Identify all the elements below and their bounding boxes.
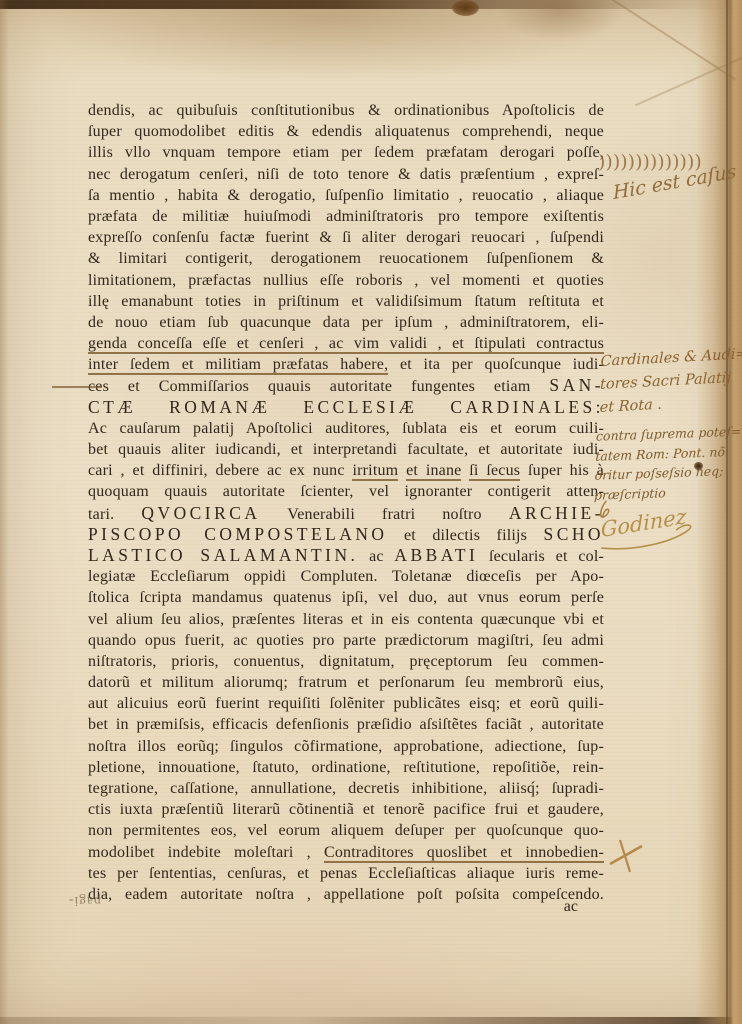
text-segment: bet in præmiſsis, efficacis defenſionis … [88, 716, 604, 733]
line-end-scallop-marks: )))))))))))))) [598, 151, 612, 175]
text-segment: Venerabili fratri noſtro [260, 506, 508, 523]
text-line: tegratione, caſſatione, annullatione, de… [88, 778, 604, 799]
text-line: LASTICO SALAMANTIN. ac ABBATI ſecularis … [88, 545, 604, 566]
text-segment: & limitari contigerit, derogationem reuo… [88, 250, 604, 267]
text-line: PISCOPO COMPOSTELANO et dilectis filijs … [88, 524, 604, 545]
text-line: præfata de militiæ huiuſmodi adminiſtrat… [88, 206, 604, 227]
text-line: de nouo etiam ſub quacunque data per ipſ… [88, 312, 604, 333]
text-segment: aut alicuius eorũ fuerint requiſiti ſolẽ… [88, 695, 604, 712]
text-line: ſuper quomodolibet editis & edendis aliq… [88, 121, 604, 142]
text-line: illę emanabunt toties in priſtinum et va… [88, 291, 604, 312]
text-line: ces et Commiſſarios quauis autoritate fu… [88, 375, 604, 396]
text-line: quando opus fuerit, ac quoties pro parte… [88, 630, 604, 651]
text-line: vel alium ſeu alios, præſentes literas e… [88, 609, 604, 630]
text-line: legiatæ Eccleſiarum oppidi Compluten. To… [88, 566, 604, 587]
text-segment: vel alium ſeu alios, præſentes literas e… [88, 611, 604, 628]
text-line: tes per ſententias, cenſuras, et penas E… [88, 863, 604, 884]
underlined-text: irritum [352, 462, 398, 481]
margin-note-cardinales: Cardinales & Audi= tores Sacri Palatij e… [599, 343, 742, 420]
text-segment [398, 462, 406, 479]
text-segment: illę emanabunt toties in priſtinum et va… [88, 293, 604, 310]
text-line: Ac cauſarum palatij Apoſtolici auditores… [88, 418, 604, 439]
underlined-text: et inane [406, 462, 461, 481]
text-segment: non permitentes eos, vel eorum aliquem d… [88, 822, 604, 839]
text-segment: nec derogatum cenſeri, niſi de toto teno… [88, 166, 604, 183]
text-line: niſtratoris, prioris, conuentus, dignita… [88, 651, 604, 672]
text-line: expreſſo conſenſu factæ fuerint & ſi ali… [88, 227, 604, 248]
text-segment: dendis, ac quibuſuis conſtitutionibus & … [88, 102, 604, 119]
ink-blot [694, 462, 703, 470]
page-top-edge [0, 0, 742, 9]
margin-cross-mark [606, 836, 646, 876]
text-segment: datorũ et militum aliorumq; fratrum et p… [88, 674, 604, 691]
text-segment: tegratione, caſſatione, annullatione, de… [88, 780, 604, 797]
underlined-text: genda conceſſa eſſe et cenſeri , ac vim … [88, 335, 604, 354]
text-line: limitationem, præfactas nullius eſſe rob… [88, 270, 604, 291]
text-segment: ARCHIE- [509, 503, 604, 523]
text-segment: ſtolica ſcripta mandamus quatenus ipſi, … [88, 589, 604, 606]
text-segment: LASTICO SALAMANTIN. [88, 545, 358, 565]
text-segment: QVOCIRCA [141, 503, 260, 523]
text-segment: quando opus fuerit, ac quoties pro parte… [88, 632, 604, 649]
text-line: ſtolica ſcripta mandamus quatenus ipſi, … [88, 587, 604, 608]
text-line: quoquam quauis autoritate ſcienter, vel … [88, 481, 604, 502]
text-line: aut alicuius eorũ fuerint requiſiti ſolẽ… [88, 693, 604, 714]
text-line: genda conceſſa eſſe et cenſeri , ac vim … [88, 333, 604, 354]
worm-stain [452, 0, 479, 16]
text-segment: de nouo etiam ſub quacunque data per ipſ… [88, 314, 604, 331]
text-segment: CTÆ ROMANÆ ECCLESIÆ CARDINALES: [88, 397, 604, 417]
underlined-text: ſi ſecus [469, 462, 520, 481]
text-line: CTÆ ROMANÆ ECCLESIÆ CARDINALES: [88, 397, 604, 418]
text-line: inter ſedem et militiam præfatas habere,… [88, 354, 604, 375]
text-segment: expreſſo conſenſu factæ fuerint & ſi ali… [88, 229, 604, 246]
text-segment: præfata de militiæ huiuſmodi adminiſtrat… [88, 208, 604, 225]
text-line: non permitentes eos, vel eorum aliquem d… [88, 820, 604, 841]
text-segment: SAN- [549, 375, 604, 395]
text-line: cari , et diffiniri, debere ac ex nunc i… [88, 460, 604, 481]
text-segment: tes per ſententias, cenſuras, et penas E… [88, 865, 604, 882]
text-line: ſa mentio , habita & derogatio, ſuſpenſi… [88, 185, 604, 206]
text-line: bet in præmiſsis, efficacis defenſionis … [88, 714, 604, 735]
text-segment: bet quauis aliter iudicandi, et interpre… [88, 441, 604, 458]
text-segment: quoquam quauis autoritate ſcienter, vel … [88, 483, 604, 500]
text-segment: limitationem, præfactas nullius eſſe rob… [88, 272, 604, 289]
text-line: datorũ et militum aliorumq; fratrum et p… [88, 672, 604, 693]
bleedthrough-text: pagi- [68, 893, 101, 909]
text-line: & limitari contigerit, derogationem reuo… [88, 248, 604, 269]
margin-signature: Godinez [599, 490, 728, 535]
text-segment: modolibet indebite moleſtari , [88, 844, 324, 861]
underlined-text: inter ſedem et militiam præfatas habere, [88, 356, 388, 375]
text-segment: cari , et diffiniri, debere ac ex nunc [88, 462, 352, 479]
text-segment: ABBATI [394, 545, 478, 565]
margin-ink-dash [52, 386, 102, 388]
page-bottom-edge [0, 1017, 742, 1024]
text-line: pletione, innouatione, ſtatuto, ordinati… [88, 757, 604, 778]
text-line: dendis, ac quibuſuis conſtitutionibus & … [88, 100, 604, 121]
printed-text-block: dendis, ac quibuſuis conſtitutionibus & … [88, 100, 604, 905]
text-segment: ſuper quomodolibet editis & edendis aliq… [88, 123, 604, 140]
catchword: ac [88, 898, 578, 916]
text-line: noſtra illos eorũq; ſingulos cõfirmation… [88, 736, 604, 757]
text-segment: ctis iuxta præſentiũ literarũ cõtinentiã… [88, 801, 604, 818]
text-line: modolibet indebite moleſtari , Contradit… [88, 842, 604, 863]
text-segment: ſa mentio , habita & derogatio, ſuſpenſi… [88, 187, 604, 204]
text-segment: PISCOPO COMPOSTELANO [88, 524, 388, 544]
text-segment: et ita per quoſcunque iudi- [388, 356, 604, 373]
text-segment: ac [358, 548, 394, 565]
text-segment: tari. [88, 506, 141, 523]
text-segment: noſtra illos eorũq; ſingulos cõfirmation… [88, 738, 604, 755]
text-line: illis vllo vnquam tempore etiam per ſede… [88, 142, 604, 163]
text-line: bet quauis aliter iudicandi, et interpre… [88, 439, 604, 460]
text-line: nec derogatum cenſeri, niſi de toto teno… [88, 164, 604, 185]
text-segment: ſuper his à [520, 462, 604, 479]
text-segment: illis vllo vnquam tempore etiam per ſede… [88, 144, 604, 161]
underlined-text: Contraditores quoslibet et innobedien- [324, 844, 604, 863]
text-segment: Ac cauſarum palatij Apoſtolici auditores… [88, 420, 604, 437]
text-segment: niſtratoris, prioris, conuentus, dignita… [88, 653, 604, 670]
text-segment: ces et Commiſſarios quauis autoritate fu… [88, 378, 549, 395]
manuscript-page: dendis, ac quibuſuis conſtitutionibus & … [0, 0, 742, 1024]
page-left-edge [0, 0, 9, 1024]
text-segment: ſecularis et col- [478, 548, 604, 565]
text-segment: legiatæ Eccleſiarum oppidi Compluten. To… [88, 568, 604, 585]
text-segment: pletione, innouatione, ſtatuto, ordinati… [88, 759, 604, 776]
text-line: tari. QVOCIRCA Venerabili fratri noſtro … [88, 503, 604, 524]
text-segment: et dilectis filijs [388, 527, 544, 544]
text-line: ctis iuxta præſentiũ literarũ cõtinentiã… [88, 799, 604, 820]
